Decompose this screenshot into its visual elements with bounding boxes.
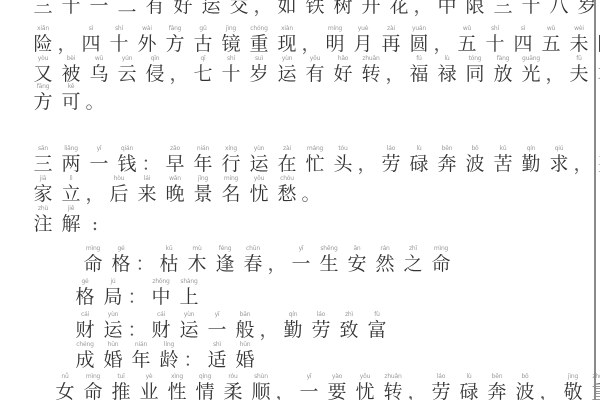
hanzi-character: 注 (33, 213, 52, 235)
hanzi-character: 铁 (305, 0, 324, 17)
ruby-character: hūn婚 (232, 340, 258, 371)
hanzi-character: 中 (151, 286, 170, 308)
pinyin-annotation: fú (416, 54, 422, 63)
ruby-character: lù碌 (456, 372, 482, 400)
pinyin-annotation: chūn (246, 244, 260, 253)
pinyin-annotation: tóu (338, 144, 347, 153)
pinyin-annotation: shùn (254, 372, 268, 381)
hanzi-character: 劳 (311, 319, 330, 341)
ruby-character: wài外 (134, 24, 160, 55)
pinyin-annotation: sì (89, 24, 93, 33)
ruby-character: rán然 (372, 244, 398, 275)
hanzi-character: 业 (139, 381, 158, 400)
ruby-character: chóng重 (246, 24, 272, 55)
ruby-character: láo劳 (428, 372, 454, 400)
hanzi-character: 禄 (437, 63, 456, 85)
punctuation: 。 (86, 82, 104, 113)
hanzi-character: 财 (151, 319, 170, 341)
ruby-character: lù碌 (406, 144, 432, 175)
hanzi-character: ： (184, 349, 203, 371)
pinyin-annotation: jiě (68, 204, 74, 213)
ruby-character: nián年 (190, 144, 216, 175)
pinyin-annotation: jú (110, 277, 115, 286)
ruby-character: shēng生 (316, 244, 342, 275)
ruby-character: hòu后 (106, 174, 132, 205)
hanzi-character: 古 (193, 33, 212, 55)
hanzi-character: 现 (277, 33, 296, 55)
pinyin-annotation: fāng (37, 82, 50, 91)
ruby-character: wǔ五 (454, 24, 480, 55)
ruby-character: xíng行 (218, 144, 244, 175)
hanzi-character: 木 (187, 253, 206, 275)
pinyin-annotation: zhù (38, 204, 48, 213)
pinyin-annotation: yùn (254, 144, 265, 153)
punctuation: ： (136, 244, 154, 275)
pinyin-annotation: qīn (151, 54, 160, 63)
ruby-character: gé格 (72, 277, 98, 308)
ruby-character: máng忙 (302, 144, 328, 175)
ruby-character: zǎo早 (162, 144, 188, 175)
ruby-character: bēn奔 (434, 144, 460, 175)
pinyin-annotation: lì (70, 174, 73, 183)
pinyin-annotation: rán (380, 244, 389, 253)
hanzi-character: 成 (75, 349, 94, 371)
hanzi-character: 钱 (117, 153, 136, 175)
hanzi-character: ， (58, 33, 77, 55)
hanzi-character: 月 (353, 33, 372, 55)
pinyin-annotation: zài (283, 144, 291, 153)
hanzi-character: 夫 (569, 63, 588, 85)
ruby-character: shì适 (204, 340, 230, 371)
pinyin-annotation: féng (219, 244, 232, 253)
hanzi-character: 女 (55, 381, 74, 400)
ruby-character: fāng方 (30, 82, 56, 113)
pinyin-annotation: yào (332, 372, 342, 381)
hanzi-character: 运 (179, 319, 198, 341)
pinyin-annotation: xiǎn (37, 24, 49, 33)
hanzi-character: 情 (195, 381, 214, 400)
pinyin-annotation: hūn (108, 340, 119, 349)
pinyin-annotation: lù (466, 372, 471, 381)
ruby-character: yào要 (324, 372, 350, 400)
ruby-character: mìng命 (80, 244, 106, 275)
pinyin-annotation: yùn (184, 310, 195, 319)
hanzi-character: 交 (229, 0, 248, 17)
ruby-character: sì四 (78, 24, 104, 55)
hanzi-character: 劳 (381, 153, 400, 175)
hanzi-character: 五 (541, 33, 560, 55)
ruby-character: jìng镜 (218, 24, 244, 55)
ruby-character: mìng命 (428, 244, 454, 275)
hanzi-character: 运 (249, 153, 268, 175)
ruby-character: yún云 (114, 54, 140, 85)
ruby-character: 限 (462, 0, 488, 17)
ruby-character: jú局 (100, 277, 126, 308)
hanzi-character: 三 (33, 153, 52, 175)
punctuation: ： (142, 144, 160, 175)
ruby-character: nǚ女 (52, 372, 78, 400)
hanzi-character: 转 (361, 63, 380, 85)
hanzi-character: 八 (549, 0, 568, 17)
hanzi-character: 早 (165, 153, 184, 175)
pinyin-annotation: zhōng (152, 277, 169, 286)
ruby-character: jǐng景 (190, 174, 216, 205)
pinyin-annotation: qī (200, 54, 205, 63)
ruby-character: fāng方 (162, 24, 188, 55)
hanzi-character: 富 (367, 319, 386, 341)
hanzi-character: 四 (81, 33, 100, 55)
pinyin-annotation: zhuǎn (384, 372, 401, 381)
punctuation: ， (254, 0, 272, 17)
pinyin-annotation: fàng (497, 54, 510, 63)
hanzi-character: 龄 (159, 349, 178, 371)
hanzi-character: 逢 (215, 253, 234, 275)
hanzi-character: 中 (437, 0, 456, 17)
punctuation: ， (58, 24, 76, 55)
ruby-character: 三 (30, 0, 56, 17)
ruby-character: cái财 (148, 310, 174, 341)
ruby-character: qín勤 (280, 310, 306, 341)
ruby-character: 十 (518, 0, 544, 17)
hanzi-character: 十 (61, 0, 80, 17)
hanzi-character: 在 (277, 153, 296, 175)
ruby-character: jìng敬 (560, 372, 586, 400)
hanzi-character: 年 (131, 349, 150, 371)
ruby-character: 运 (198, 0, 224, 17)
ruby-character: ān安 (344, 244, 370, 275)
hanzi-character: 命 (83, 381, 102, 400)
hanzi-character: 一 (89, 0, 108, 17)
pinyin-annotation: qíng (199, 372, 211, 381)
hanzi-character: 开 (361, 0, 380, 17)
pinyin-annotation: yōu (360, 372, 370, 381)
pinyin-annotation: shí (491, 24, 499, 33)
pinyin-annotation: láo (387, 144, 395, 153)
text-line: gé格jú局：zhōng中shàng上 (72, 277, 204, 308)
text-line: zhù注jiě解: (30, 204, 106, 235)
ruby-character: bō波 (462, 144, 488, 175)
hanzi-character: 。 (86, 91, 105, 113)
pinyin-annotation: yī (299, 244, 304, 253)
hanzi-character: ， (170, 63, 189, 85)
hanzi-character: ： (142, 153, 161, 175)
hanzi-character: 波 (465, 153, 484, 175)
hanzi-character: 五 (457, 33, 476, 55)
hanzi-character: 顺 (251, 381, 270, 400)
hanzi-character: ： (136, 253, 155, 275)
hanzi-character: ， (434, 33, 453, 55)
pinyin-annotation: máng (307, 144, 323, 153)
hanzi-character: 运 (201, 0, 220, 17)
hanzi-character: 然 (375, 253, 394, 275)
pinyin-annotation: yī (307, 372, 312, 381)
pinyin-annotation: nǚ (61, 372, 68, 381)
hanzi-character: 敬 (563, 381, 582, 400)
pinyin-annotation: qiú (555, 144, 564, 153)
hanzi-character: 有 (305, 63, 324, 85)
hanzi-character: 镜 (221, 33, 240, 55)
ruby-character: bō波 (512, 372, 538, 400)
ruby-character: fàng放 (490, 54, 516, 85)
pinyin-annotation: xìng (171, 372, 183, 381)
pinyin-annotation: shí (115, 24, 123, 33)
ruby-character: féng逢 (212, 244, 238, 275)
hanzi-character: ， (546, 63, 565, 85)
hanzi-character: 方 (33, 91, 52, 113)
pinyin-annotation: tuī (117, 372, 124, 381)
hanzi-character: ： (128, 319, 147, 341)
text-line: sān三liǎng两yī一qián钱：zǎo早nián年xíng行yùn运zài… (30, 144, 600, 175)
ruby-character: tóng同 (462, 54, 488, 85)
hanzi-character: 春 (243, 253, 262, 275)
pinyin-annotation: láo (317, 310, 325, 319)
hanzi-character: 四 (513, 33, 532, 55)
ruby-character: kū枯 (156, 244, 182, 275)
pinyin-annotation: chéng (76, 340, 93, 349)
ruby-character: 二 (114, 0, 140, 17)
ruby-character: 花 (386, 0, 412, 17)
pinyin-annotation: míng (224, 174, 238, 183)
pinyin-annotation: yuán (412, 24, 426, 33)
text-line: mìng命gé格：kū枯mù木féng逢chūn春，yī一shēng生ān安rá… (80, 244, 456, 275)
hanzi-character: 树 (333, 0, 352, 17)
pinyin-annotation: láo (437, 372, 445, 381)
hanzi-character: 好 (333, 63, 352, 85)
pinyin-annotation: shì (213, 340, 221, 349)
punctuation: ， (546, 54, 564, 85)
hanzi-character: 格 (75, 286, 94, 308)
pinyin-annotation: róu (228, 372, 237, 381)
ruby-character: kě可 (58, 82, 84, 113)
hanzi-character: 格 (111, 253, 130, 275)
hanzi-character: ， (86, 183, 105, 205)
ruby-character: zhōng中 (148, 277, 174, 308)
hanzi-character: 头 (333, 153, 352, 175)
hanzi-character: ， (540, 381, 559, 400)
ruby-character: shí十 (106, 24, 132, 55)
pinyin-annotation: míng (328, 24, 342, 33)
hanzi-character: 一 (207, 319, 226, 341)
hanzi-character: 限 (465, 0, 484, 17)
pinyin-annotation: tóng (469, 54, 482, 63)
punctuation: ： (128, 310, 146, 341)
hanzi-character: 波 (515, 381, 534, 400)
ruby-character: sì四 (510, 24, 536, 55)
punctuation: 。 (302, 174, 320, 205)
hanzi-character: 方 (165, 33, 184, 55)
ruby-character: yī一 (288, 244, 314, 275)
hanzi-character: 名 (221, 183, 240, 205)
hanzi-character: 勤 (521, 153, 540, 175)
ruby-character: chóu愁 (274, 174, 300, 205)
ruby-character: gé格 (108, 244, 134, 275)
ruby-character: 树 (330, 0, 356, 17)
hanzi-character: 放 (493, 63, 512, 85)
ruby-character: láo劳 (378, 144, 404, 175)
ruby-character: míng名 (218, 174, 244, 205)
hanzi-character: 景 (193, 183, 212, 205)
hanzi-character: 碌 (459, 381, 478, 400)
hanzi-character: 要 (327, 381, 346, 400)
text-line: nǚ女mìng命tuī推yè业xìng性qíng情róu柔shùn顺，yī一yà… (52, 372, 600, 400)
ruby-character: sān三 (30, 144, 56, 175)
hanzi-character: 劳 (431, 381, 450, 400)
hanzi-character: 三 (493, 0, 512, 17)
ruby-character: fū夫 (566, 54, 592, 85)
punctuation: ， (414, 0, 432, 17)
pinyin-annotation: kǔ (500, 144, 507, 153)
ruby-character: láo劳 (308, 310, 334, 341)
ruby-character: 三 (490, 0, 516, 17)
ruby-character: gǔ古 (190, 24, 216, 55)
ruby-character: shàng上 (176, 277, 202, 308)
ruby-character: róu柔 (220, 372, 246, 400)
pinyin-annotation: shí (227, 54, 235, 63)
ruby-character: xiàn现 (274, 24, 300, 55)
ruby-character: lì立 (58, 174, 84, 205)
ruby-character: shùn顺 (248, 372, 274, 400)
ruby-character: jiā家 (30, 174, 56, 205)
pinyin-annotation: jìng (568, 372, 578, 381)
hanzi-character: 适 (207, 349, 226, 371)
pinyin-annotation: líng (164, 340, 174, 349)
punctuation: ， (86, 174, 104, 205)
ruby-character: 开 (358, 0, 384, 17)
pinyin-annotation: bān (240, 310, 251, 319)
text-line: fāng方kě可。 (30, 82, 106, 113)
hanzi-character: 行 (221, 153, 240, 175)
pinyin-annotation: ān (353, 244, 360, 253)
pinyin-annotation: qián (121, 144, 133, 153)
hanzi-character: 之 (403, 253, 422, 275)
ruby-character: mìng命 (80, 372, 106, 400)
hanzi-character: ， (358, 153, 377, 175)
ruby-character: jiě解 (58, 204, 84, 235)
hanzi-character: ， (254, 0, 273, 17)
hanzi-character: 年 (193, 153, 212, 175)
ruby-character: shí十 (482, 24, 508, 55)
ruby-character: liǎng两 (58, 144, 84, 175)
ruby-character: 一 (86, 0, 112, 17)
hanzi-character: 苦 (493, 153, 512, 175)
pinyin-annotation: chóu (280, 174, 294, 183)
text-line: jiā家lì立，hòu后lái来wǎn晚jǐng景míng名yōu忧chóu愁。 (30, 174, 322, 205)
pinyin-annotation: bēn (442, 144, 453, 153)
ruby-character: wèi未 (566, 24, 592, 55)
ruby-character: guāng光 (518, 54, 544, 85)
ruby-character: tóu头 (330, 144, 356, 175)
hanzi-character: 碌 (409, 153, 428, 175)
hanzi-character: 晚 (165, 183, 184, 205)
ruby-character: yuán圆 (406, 24, 432, 55)
pinyin-annotation: fū (576, 54, 582, 63)
hanzi-character: 忙 (305, 153, 324, 175)
pinyin-annotation: fāng (169, 24, 182, 33)
pinyin-annotation: jìng (226, 24, 236, 33)
hanzi-character: 转 (383, 381, 402, 400)
pinyin-annotation: bēn (492, 372, 503, 381)
pinyin-annotation: wǎn (169, 174, 181, 183)
ruby-character: 交 (226, 0, 252, 17)
text-line: chéng成hūn婚nián年líng龄：shì适hūn婚 (72, 340, 260, 371)
punctuation: : (86, 204, 104, 235)
ruby-character: yùn运 (246, 144, 272, 175)
ruby-character: yòu又 (30, 54, 56, 85)
ruby-character: 如 (274, 0, 300, 17)
ruby-character: bèi被 (58, 54, 84, 85)
hanzi-character: 外 (137, 33, 156, 55)
hanzi-character: 生 (319, 253, 338, 275)
hanzi-character: 安 (347, 253, 366, 275)
hanzi-character: 解 (61, 213, 80, 235)
hanzi-character: 局 (103, 286, 122, 308)
ruby-character: lù禄 (434, 54, 460, 85)
pinyin-annotation: zhuǎn (362, 54, 379, 63)
pinyin-annotation: bō (521, 372, 528, 381)
hanzi-character: 家 (33, 183, 52, 205)
ruby-character: hūn婚 (100, 340, 126, 371)
ruby-character: lái来 (134, 174, 160, 205)
hanzi-character: 立 (61, 183, 80, 205)
punctuation: ， (268, 244, 286, 275)
pinyin-annotation: gé (81, 277, 88, 286)
ruby-character: wǔ五 (538, 24, 564, 55)
pinyin-annotation: yī (97, 144, 102, 153)
punctuation: ： (128, 277, 146, 308)
ruby-character: xiǎn险 (30, 24, 56, 55)
pinyin-annotation: kū (166, 244, 173, 253)
hanzi-character: ， (408, 381, 427, 400)
pinyin-annotation: shàng (180, 277, 197, 286)
ruby-character: kǔ苦 (490, 144, 516, 175)
hanzi-character: 愁 (277, 183, 296, 205)
pinyin-annotation: hǎo (338, 54, 349, 63)
hanzi-character: 侵 (145, 63, 164, 85)
pinyin-annotation: sì (521, 24, 525, 33)
pinyin-annotation: jiā (40, 174, 46, 183)
hanzi-character: 财 (75, 319, 94, 341)
hanzi-character: 。 (302, 183, 321, 205)
punctuation: ， (302, 24, 320, 55)
ruby-character: yī一 (86, 144, 112, 175)
pinyin-annotation: liǎng (64, 144, 78, 153)
ruby-character: 中 (434, 0, 460, 17)
hanzi-character: 险 (33, 33, 52, 55)
hanzi-character: 婚 (235, 349, 254, 371)
ruby-character: 铁 (302, 0, 328, 17)
pinyin-annotation: bèi (67, 54, 76, 63)
pinyin-annotation: mìng (86, 372, 100, 381)
pinyin-annotation: shēng (320, 244, 337, 253)
ruby-character: 岁 (574, 0, 600, 17)
hanzi-character: 奔 (487, 381, 506, 400)
hanzi-character: 求 (549, 153, 568, 175)
punctuation: ， (358, 144, 376, 175)
pinyin-annotation: hūn (240, 340, 251, 349)
pinyin-annotation: gé (117, 244, 124, 253)
pinyin-annotation: lái (144, 174, 150, 183)
ruby-character: chūn春 (240, 244, 266, 275)
ruby-character: qiú求 (546, 144, 572, 175)
hanzi-character: 运 (277, 63, 296, 85)
hanzi-character: 云 (117, 63, 136, 85)
hanzi-character: 岁 (249, 63, 268, 85)
pinyin-annotation: yuè (358, 24, 368, 33)
ruby-character: yī一 (204, 310, 230, 341)
hanzi-character: 一 (291, 253, 310, 275)
pinyin-annotation: xíng (225, 144, 237, 153)
pinyin-annotation: mù (192, 244, 201, 253)
